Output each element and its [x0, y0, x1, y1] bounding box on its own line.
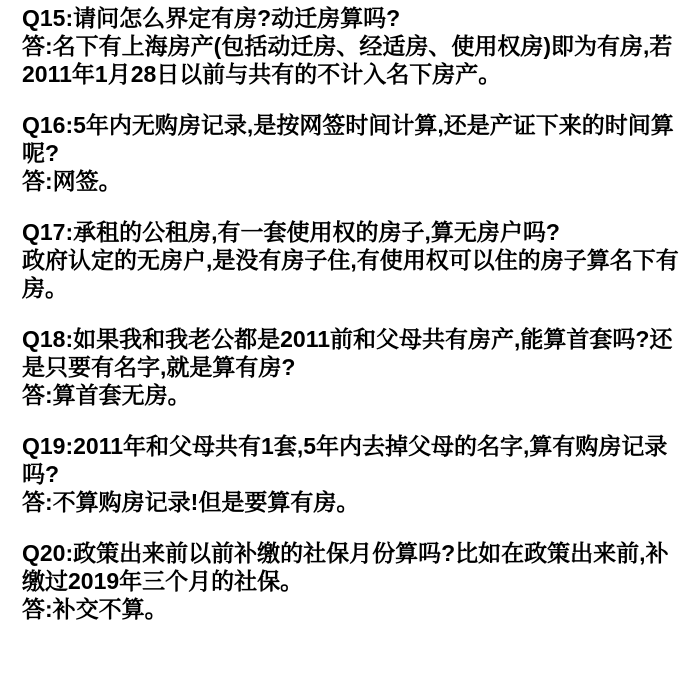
qa-block-q19: Q19:2011年和父母共有1套,5年内去掉父母的名字,算有购房记录吗? 答:不… [22, 432, 680, 516]
qa-document: Q15:请问怎么界定有房?动迁房算吗? 答:名下有上海房产(包括动迁房、经适房、… [0, 0, 700, 623]
answer-text: 答:网签。 [22, 167, 680, 195]
qa-block-q17: Q17:承租的公租房,有一套使用权的房子,算无房户吗? 政府认定的无房户,是没有… [22, 218, 680, 302]
question-text: Q17:承租的公租房,有一套使用权的房子,算无房户吗? [22, 218, 680, 246]
answer-text: 答:名下有上海房产(包括动迁房、经适房、使用权房)即为有房,若2011年1月28… [22, 32, 680, 88]
answer-text: 答:算首套无房。 [22, 381, 680, 409]
question-text: Q20:政策出来前以前补缴的社保月份算吗?比如在政策出来前,补缴过2019年三个… [22, 539, 680, 595]
qa-block-q15: Q15:请问怎么界定有房?动迁房算吗? 答:名下有上海房产(包括动迁房、经适房、… [22, 4, 680, 88]
question-text: Q16:5年内无购房记录,是按网签时间计算,还是产证下来的时间算呢? [22, 111, 680, 167]
answer-text: 政府认定的无房户,是没有房子住,有使用权可以住的房子算名下有房。 [22, 246, 680, 302]
document-page: { "page": { "background_color": "#ffffff… [0, 0, 700, 691]
question-text: Q19:2011年和父母共有1套,5年内去掉父母的名字,算有购房记录吗? [22, 432, 680, 488]
answer-text: 答:补交不算。 [22, 595, 680, 623]
answer-text: 答:不算购房记录!但是要算有房。 [22, 488, 680, 516]
qa-block-q18: Q18:如果我和我老公都是2011前和父母共有房产,能算首套吗?还是只要有名字,… [22, 325, 680, 409]
qa-block-q16: Q16:5年内无购房记录,是按网签时间计算,还是产证下来的时间算呢? 答:网签。 [22, 111, 680, 195]
question-text: Q18:如果我和我老公都是2011前和父母共有房产,能算首套吗?还是只要有名字,… [22, 325, 680, 381]
qa-block-q20: Q20:政策出来前以前补缴的社保月份算吗?比如在政策出来前,补缴过2019年三个… [22, 539, 680, 623]
question-text: Q15:请问怎么界定有房?动迁房算吗? [22, 4, 680, 32]
